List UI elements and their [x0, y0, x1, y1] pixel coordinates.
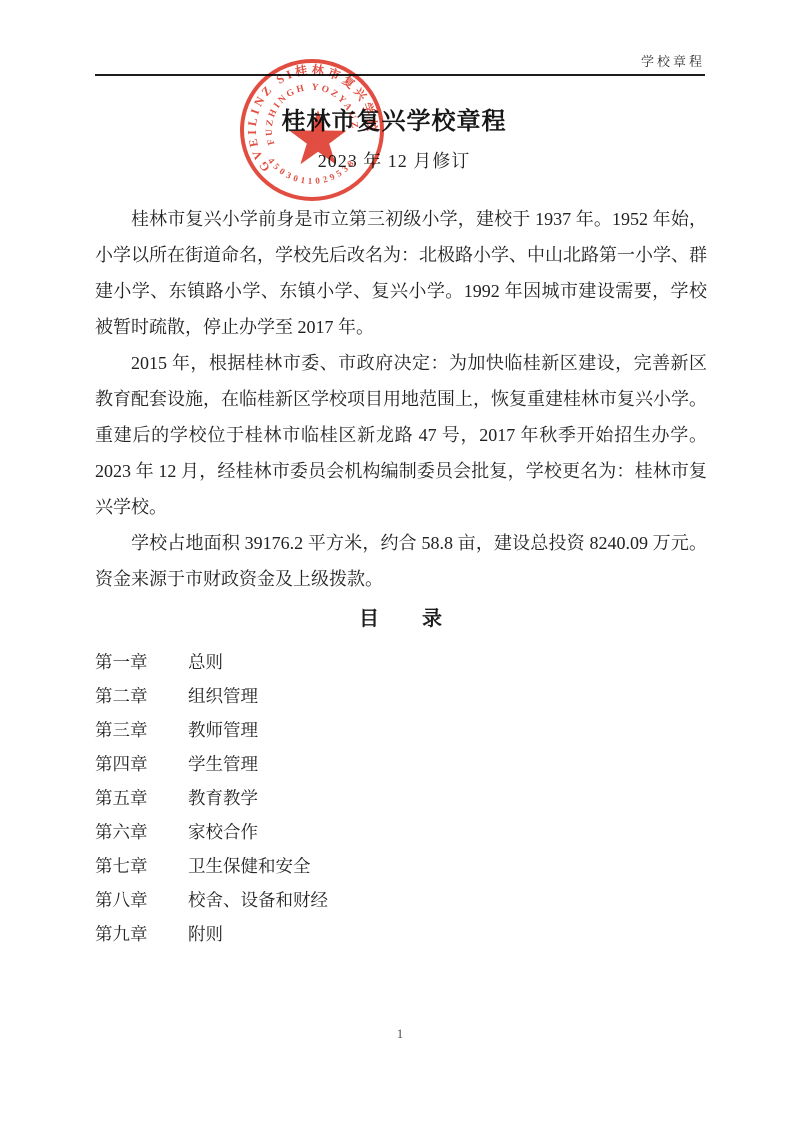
- paragraph-campus-stats: 学校占地面积 39176.2 平方米，约合 58.8 亩，建设总投资 8240.…: [95, 525, 707, 597]
- toc-chapter-title: 校舍、设备和财经: [188, 883, 328, 917]
- header-divider-line: [95, 74, 705, 76]
- toc-chapter-label: 第九章: [95, 917, 188, 951]
- toc-chapter-label: 第四章: [95, 747, 188, 781]
- toc-chapter-label: 第三章: [95, 713, 188, 747]
- running-header-label: 学校章程: [641, 51, 705, 70]
- toc-item-chapter-5: 第五章 教育教学: [95, 781, 707, 815]
- toc-chapter-title: 家校合作: [188, 815, 258, 849]
- table-of-contents: 目 录 第一章 总则 第二章 组织管理 第三章 教师管理 第四章 学生管理 第五…: [95, 602, 707, 951]
- toc-chapter-label: 第六章: [95, 815, 188, 849]
- toc-chapter-label: 第七章: [95, 849, 188, 883]
- toc-item-chapter-4: 第四章 学生管理: [95, 747, 707, 781]
- page-number: 1: [0, 1027, 800, 1042]
- toc-list: 第一章 总则 第二章 组织管理 第三章 教师管理 第四章 学生管理 第五章 教育…: [95, 645, 707, 951]
- paragraph-history: 桂林市复兴小学前身是市立第三初级小学，建校于 1937 年。1952 年始，小学…: [95, 201, 707, 345]
- document-subtitle: 2023 年 12 月修订: [0, 147, 788, 173]
- toc-chapter-title: 总则: [188, 645, 223, 679]
- toc-item-chapter-9: 第九章 附则: [95, 917, 707, 951]
- body-text: 桂林市复兴小学前身是市立第三初级小学，建校于 1937 年。1952 年始，小学…: [95, 201, 707, 597]
- toc-item-chapter-6: 第六章 家校合作: [95, 815, 707, 849]
- toc-chapter-label: 第二章: [95, 679, 188, 713]
- toc-chapter-label: 第八章: [95, 883, 188, 917]
- toc-chapter-title: 附则: [188, 917, 223, 951]
- paragraph-rebuild: 2015 年，根据桂林市委、市政府决定：为加快临桂新区建设，完善新区教育配套设施…: [95, 345, 707, 525]
- document-page: 学校章程 桂林市复兴学校章程 2023 年 12 月修订 GVEILINZ SI…: [0, 0, 800, 1131]
- document-title: 桂林市复兴学校章程: [0, 101, 788, 136]
- toc-chapter-title: 教育教学: [188, 781, 258, 815]
- toc-item-chapter-8: 第八章 校舍、设备和财经: [95, 883, 707, 917]
- toc-item-chapter-2: 第二章 组织管理: [95, 679, 707, 713]
- toc-item-chapter-3: 第三章 教师管理: [95, 713, 707, 747]
- toc-chapter-title: 学生管理: [188, 747, 258, 781]
- toc-chapter-title: 组织管理: [188, 679, 258, 713]
- toc-item-chapter-1: 第一章 总则: [95, 645, 707, 679]
- toc-heading: 目 录: [95, 602, 707, 631]
- toc-chapter-title: 卫生保健和安全: [188, 849, 311, 883]
- toc-item-chapter-7: 第七章 卫生保健和安全: [95, 849, 707, 883]
- toc-chapter-title: 教师管理: [188, 713, 258, 747]
- toc-chapter-label: 第五章: [95, 781, 188, 815]
- title-block: 桂林市复兴学校章程 2023 年 12 月修订: [0, 101, 788, 173]
- toc-chapter-label: 第一章: [95, 645, 188, 679]
